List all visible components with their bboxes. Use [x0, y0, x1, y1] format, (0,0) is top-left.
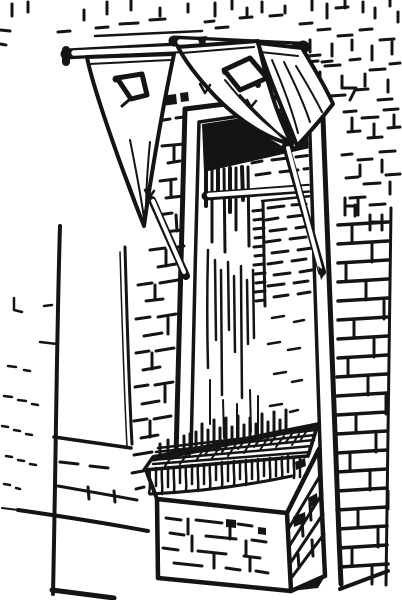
wall-right-bricks	[337, 109, 400, 589]
pennant-left	[87, 54, 174, 226]
engraving-canvas	[0, 0, 402, 600]
engraving-illustration	[0, 0, 402, 600]
cornice-line	[95, 31, 202, 36]
ground-line	[18, 510, 148, 531]
rubble-dots	[2, 298, 57, 489]
pier-base-edge	[54, 437, 131, 448]
pier-left-edge	[53, 226, 60, 594]
wall-right-base	[340, 571, 388, 589]
